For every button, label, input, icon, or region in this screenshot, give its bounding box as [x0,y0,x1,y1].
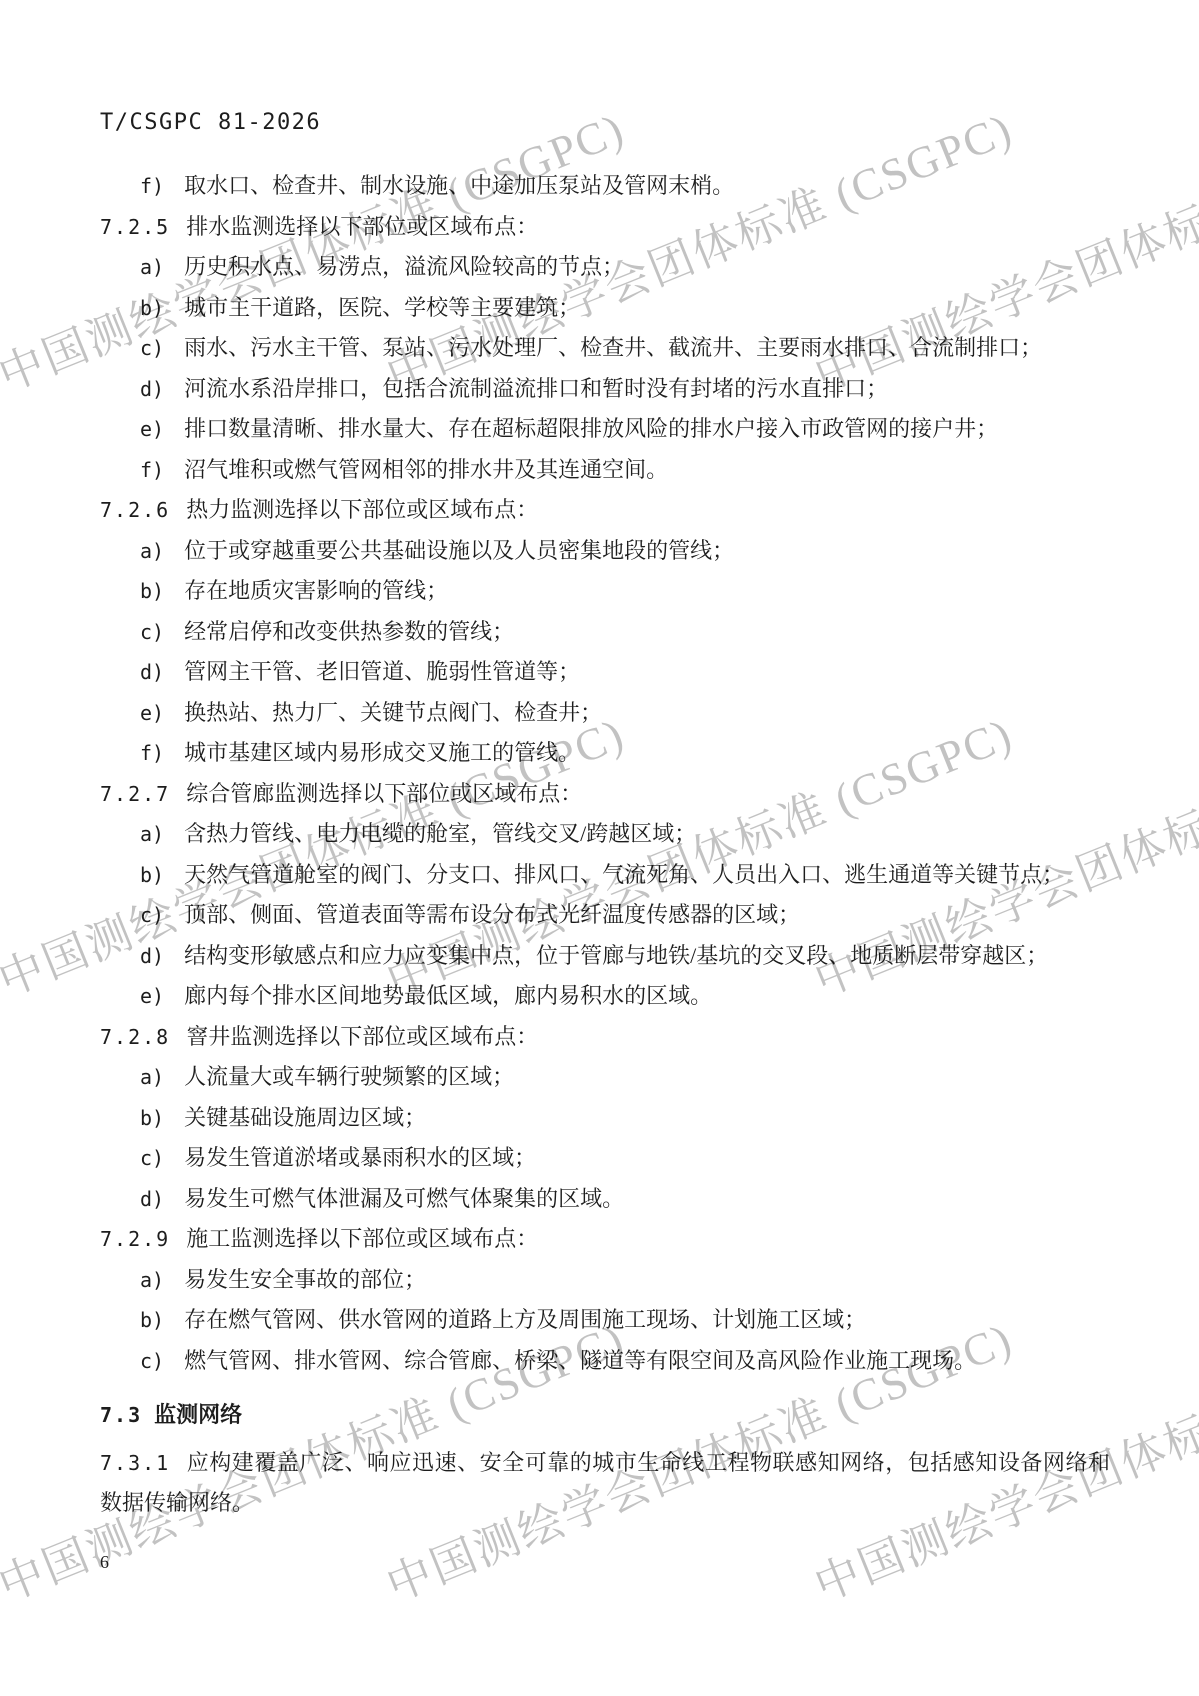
item-text: 取水口、检查井、制水设施、中途加压泵站及管网末梢。 [184,173,734,198]
doc-number: T/CSGPC 81-2026 [100,110,321,135]
item-label: c) [140,1341,164,1382]
item-label: c) [140,612,164,653]
list-item: a)易发生安全事故的部位； [100,1260,1110,1301]
clause-line: 7.2.7综合管廊监测选择以下部位或区域布点： [100,774,1110,815]
item-label: a) [140,247,164,288]
item-label: d) [140,1179,164,1220]
item-label: c) [140,1138,164,1179]
item-text: 换热站、热力厂、关键节点阀门、检查井； [184,700,602,725]
item-text: 廊内每个排水区间地势最低区域，廊内易积水的区域。 [184,983,712,1008]
item-text: 管网主干管、老旧管道、脆弱性管道等； [184,659,580,684]
list-item: b)存在地质灾害影响的管线； [100,571,1110,612]
item-text: 关键基础设施周边区域； [184,1105,426,1130]
item-label: c) [140,895,164,936]
item-text: 雨水、污水主干管、泵站、污水处理厂、检查井、截流井、主要雨水排口、合流制排口； [184,335,1042,360]
item-text: 结构变形敏感点和应力应变集中点，位于管廊与地铁/基坑的交叉段、地质断层带穿越区； [184,943,1048,968]
list-item: f)城市基建区域内易形成交叉施工的管线。 [100,733,1110,774]
item-text: 存在地质灾害影响的管线； [184,578,448,603]
item-label: d) [140,652,164,693]
list-item: b)城市主干道路，医院、学校等主要建筑； [100,288,1110,329]
list-item: c)雨水、污水主干管、泵站、污水处理厂、检查井、截流井、主要雨水排口、合流制排口… [100,328,1110,369]
list-item: c)燃气管网、排水管网、综合管廊、桥梁、隧道等有限空间及高风险作业施工现场。 [100,1341,1110,1382]
list-item: a)历史积水点、易涝点，溢流风险较高的节点； [100,247,1110,288]
paragraph-number: 7.3.1 [100,1443,170,1484]
list-item: b)关键基础设施周边区域； [100,1098,1110,1139]
list-item: f)取水口、检查井、制水设施、中途加压泵站及管网末梢。 [100,166,1110,207]
item-label: d) [140,369,164,410]
item-text: 存在燃气管网、供水管网的道路上方及周围施工现场、计划施工区域； [184,1307,866,1332]
list-item: a)位于或穿越重要公共基础设施以及人员密集地段的管线； [100,531,1110,572]
item-text: 排口数量清晰、排水量大、存在超标超限排放风险的排水户接入市政管网的接户井； [184,416,998,441]
list-item: b)存在燃气管网、供水管网的道路上方及周围施工现场、计划施工区域； [100,1300,1110,1341]
item-text: 位于或穿越重要公共基础设施以及人员密集地段的管线； [184,538,734,563]
clause-text: 施工监测选择以下部位或区域布点： [186,1226,538,1251]
item-label: c) [140,328,164,369]
item-text: 顶部、侧面、管道表面等需布设分布式光纤温度传感器的区域； [184,902,800,927]
list-item: a)人流量大或车辆行驶频繁的区域； [100,1057,1110,1098]
item-text: 易发生可燃气体泄漏及可燃气体聚集的区域。 [184,1186,624,1211]
clause-number: 7.2.5 [100,207,170,248]
document-body: f)取水口、检查井、制水设施、中途加压泵站及管网末梢。7.2.5排水监测选择以下… [100,166,1110,1524]
list-item: d)河流水系沿岸排口，包括合流制溢流排口和暂时没有封堵的污水直排口； [100,369,1110,410]
item-text: 人流量大或车辆行驶频繁的区域； [184,1064,514,1089]
item-label: a) [140,1260,164,1301]
clause-text: 窨井监测选择以下部位或区域布点： [186,1024,538,1049]
item-text: 城市基建区域内易形成交叉施工的管线。 [184,740,580,765]
clause-number: 7.2.8 [100,1017,170,1058]
list-item: e)换热站、热力厂、关键节点阀门、检查井； [100,693,1110,734]
item-label: b) [140,855,164,896]
list-item: b)天然气管道舱室的阀门、分支口、排风口、气流死角、人员出入口、逃生通道等关键节… [100,855,1110,896]
list-item: f)沼气堆积或燃气管网相邻的排水井及其连通空间。 [100,450,1110,491]
list-item: c)经常启停和改变供热参数的管线； [100,612,1110,653]
item-text: 含热力管线、电力电缆的舱室，管线交叉/跨越区域； [184,821,696,846]
item-label: e) [140,409,164,450]
clause-line: 7.2.8窨井监测选择以下部位或区域布点： [100,1017,1110,1058]
item-label: b) [140,1098,164,1139]
item-text: 经常启停和改变供热参数的管线； [184,619,514,644]
document-page: T/CSGPC 81-2026 f)取水口、检查井、制水设施、中途加压泵站及管网… [0,0,1199,1696]
clause-number: 7.2.6 [100,490,170,531]
paragraph-text: 应构建覆盖广泛、响应迅速、安全可靠的城市生命线工程物联感知网络，包括感知设备网络… [100,1450,1110,1516]
clause-line: 7.2.5排水监测选择以下部位或区域布点： [100,207,1110,248]
clause-number: 7.2.9 [100,1219,170,1260]
page-number: 6 [100,1552,109,1573]
item-text: 天然气管道舱室的阀门、分支口、排风口、气流死角、人员出入口、逃生通道等关键节点； [184,862,1064,887]
list-item: d)易发生可燃气体泄漏及可燃气体聚集的区域。 [100,1179,1110,1220]
item-label: f) [140,450,164,491]
item-label: d) [140,936,164,977]
section-heading: 7.3监测网络 [100,1395,1110,1436]
item-label: f) [140,166,164,207]
item-label: a) [140,814,164,855]
list-item: a)含热力管线、电力电缆的舱室，管线交叉/跨越区域； [100,814,1110,855]
list-item: e)排口数量清晰、排水量大、存在超标超限排放风险的排水户接入市政管网的接户井； [100,409,1110,450]
clause-text: 综合管廊监测选择以下部位或区域布点： [186,781,582,806]
item-label: b) [140,571,164,612]
list-item: c)顶部、侧面、管道表面等需布设分布式光纤温度传感器的区域； [100,895,1110,936]
list-item: d)结构变形敏感点和应力应变集中点，位于管廊与地铁/基坑的交叉段、地质断层带穿越… [100,936,1110,977]
clause-line: 7.2.6热力监测选择以下部位或区域布点： [100,490,1110,531]
list-item: e)廊内每个排水区间地势最低区域，廊内易积水的区域。 [100,976,1110,1017]
item-text: 沼气堆积或燃气管网相邻的排水井及其连通空间。 [184,457,668,482]
item-label: a) [140,531,164,572]
clause-text: 排水监测选择以下部位或区域布点： [186,214,538,239]
item-text: 易发生安全事故的部位； [184,1267,426,1292]
item-label: e) [140,976,164,1017]
clause-text: 热力监测选择以下部位或区域布点： [186,497,538,522]
item-label: b) [140,288,164,329]
item-text: 易发生管道淤堵或暴雨积水的区域； [184,1145,536,1170]
item-label: a) [140,1057,164,1098]
item-text: 燃气管网、排水管网、综合管廊、桥梁、隧道等有限空间及高风险作业施工现场。 [184,1348,976,1373]
item-text: 城市主干道路，医院、学校等主要建筑； [184,295,580,320]
clause-number: 7.2.7 [100,774,170,815]
item-label: b) [140,1300,164,1341]
heading-number: 7.3 [100,1395,142,1436]
item-label: e) [140,693,164,734]
list-item: c)易发生管道淤堵或暴雨积水的区域； [100,1138,1110,1179]
item-label: f) [140,733,164,774]
item-text: 河流水系沿岸排口，包括合流制溢流排口和暂时没有封堵的污水直排口； [184,376,888,401]
clause-line: 7.2.9施工监测选择以下部位或区域布点： [100,1219,1110,1260]
item-text: 历史积水点、易涝点，溢流风险较高的节点； [184,254,624,279]
heading-text: 监测网络 [154,1402,242,1427]
list-item: d)管网主干管、老旧管道、脆弱性管道等； [100,652,1110,693]
paragraph: 7.3.1应构建覆盖广泛、响应迅速、安全可靠的城市生命线工程物联感知网络，包括感… [100,1443,1110,1524]
